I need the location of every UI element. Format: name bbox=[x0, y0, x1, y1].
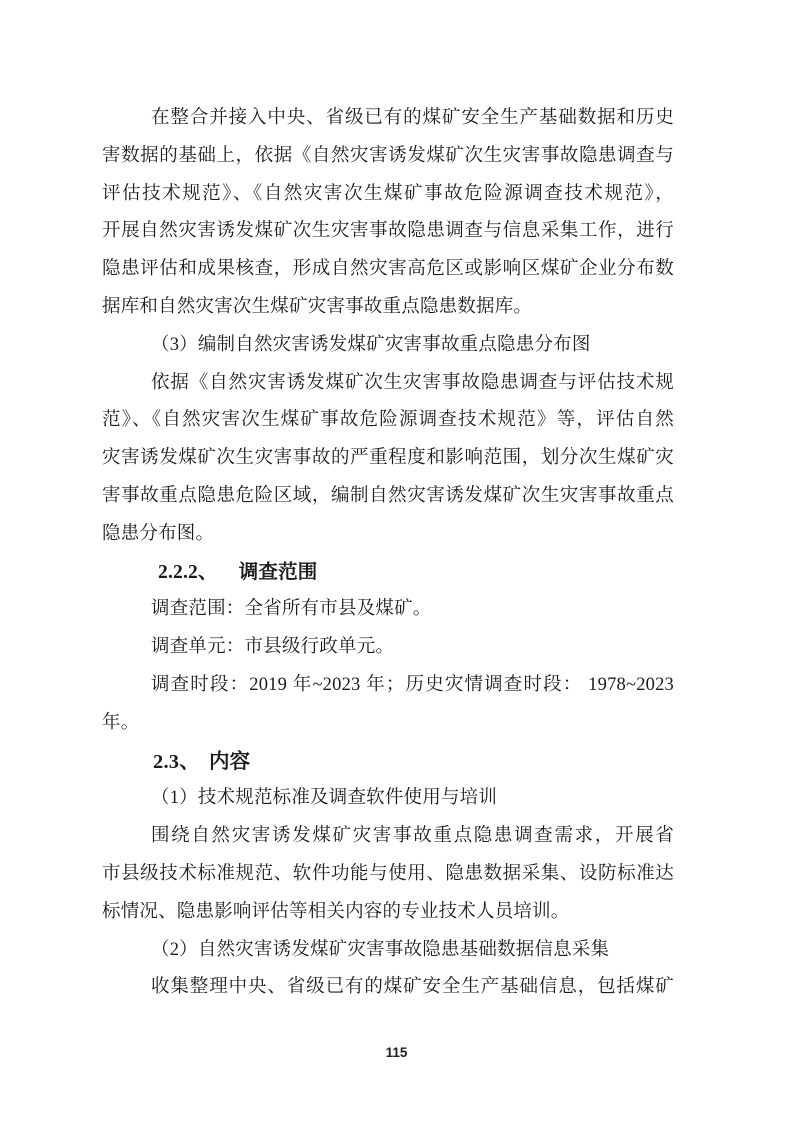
heading-title: 内容 bbox=[209, 750, 250, 773]
text-line: 年。 bbox=[102, 705, 674, 743]
text-line: 开展自然灾害诱发煤矿次生灾害事故隐患调查与信息采集工作，进行 bbox=[102, 213, 674, 251]
page-number: 115 bbox=[0, 1044, 793, 1062]
text-line: 调查范围：全省所有市县及煤矿。 bbox=[102, 591, 674, 629]
text-line: 隐患评估和成果核查，形成自然灾害高危区或影响区煤矿企业分布数 bbox=[102, 251, 674, 289]
text-line: 在整合并接入中央、省级已有的煤矿安全生产基础数据和历史灾 bbox=[102, 100, 674, 138]
text-line: 隐患分布图。 bbox=[102, 516, 674, 554]
text-line: 害事故重点隐患危险区域，编制自然灾害诱发煤矿次生灾害事故重点 bbox=[102, 478, 674, 516]
text-line: 收集整理中央、省级已有的煤矿安全生产基础信息，包括煤矿名 bbox=[102, 969, 674, 1007]
heading-number: 2.2.2、 bbox=[158, 562, 218, 583]
text-line: （3）编制自然灾害诱发煤矿灾害事故重点隐患分布图 bbox=[102, 327, 674, 365]
text-line: 标情况、隐患影响评估等相关内容的专业技术人员培训。 bbox=[102, 894, 674, 932]
section-heading: 2.2.2、调查范围 bbox=[102, 554, 674, 592]
document-page: 在整合并接入中央、省级已有的煤矿安全生产基础数据和历史灾害数据的基础上，依据《自… bbox=[0, 0, 793, 1122]
heading-number: 2.3、 bbox=[153, 751, 200, 773]
text-line: 害数据的基础上，依据《自然灾害诱发煤矿次生灾害事故隐患调查与 bbox=[102, 138, 674, 176]
section-heading: 2.3、内容 bbox=[102, 743, 674, 781]
text-line: 范》、《自然灾害次生煤矿事故危险源调查技术规范》等，评估自然 bbox=[102, 402, 674, 440]
text-line: 围绕自然灾害诱发煤矿灾害事故重点隐患调查需求，开展省级、 bbox=[102, 818, 674, 856]
text-line: 灾害诱发煤矿次生灾害事故的严重程度和影响范围，划分次生煤矿灾 bbox=[102, 440, 674, 478]
text-line: 据库和自然灾害次生煤矿灾害事故重点隐患数据库。 bbox=[102, 289, 674, 327]
text-line: 依据《自然灾害诱发煤矿次生灾害事故隐患调查与评估技术规 bbox=[102, 365, 674, 403]
document-body: 在整合并接入中央、省级已有的煤矿安全生产基础数据和历史灾害数据的基础上，依据《自… bbox=[102, 100, 674, 1007]
heading-title: 调查范围 bbox=[239, 561, 318, 583]
text-line: 调查单元：市县级行政单元。 bbox=[102, 629, 674, 667]
text-line: （2）自然灾害诱发煤矿灾害事故隐患基础数据信息采集 bbox=[102, 932, 674, 970]
text-line: 评估技术规范》、《自然灾害次生煤矿事故危险源调查技术规范》， bbox=[102, 176, 674, 214]
text-line: 调查时段：2019 年~2023 年；历史灾情调查时段： 1978~2023 bbox=[102, 667, 674, 705]
text-line: 市县级技术标准规范、软件功能与使用、隐患数据采集、设防标准达 bbox=[102, 856, 674, 894]
text-line: （1）技术规范标准及调查软件使用与培训 bbox=[102, 780, 674, 818]
